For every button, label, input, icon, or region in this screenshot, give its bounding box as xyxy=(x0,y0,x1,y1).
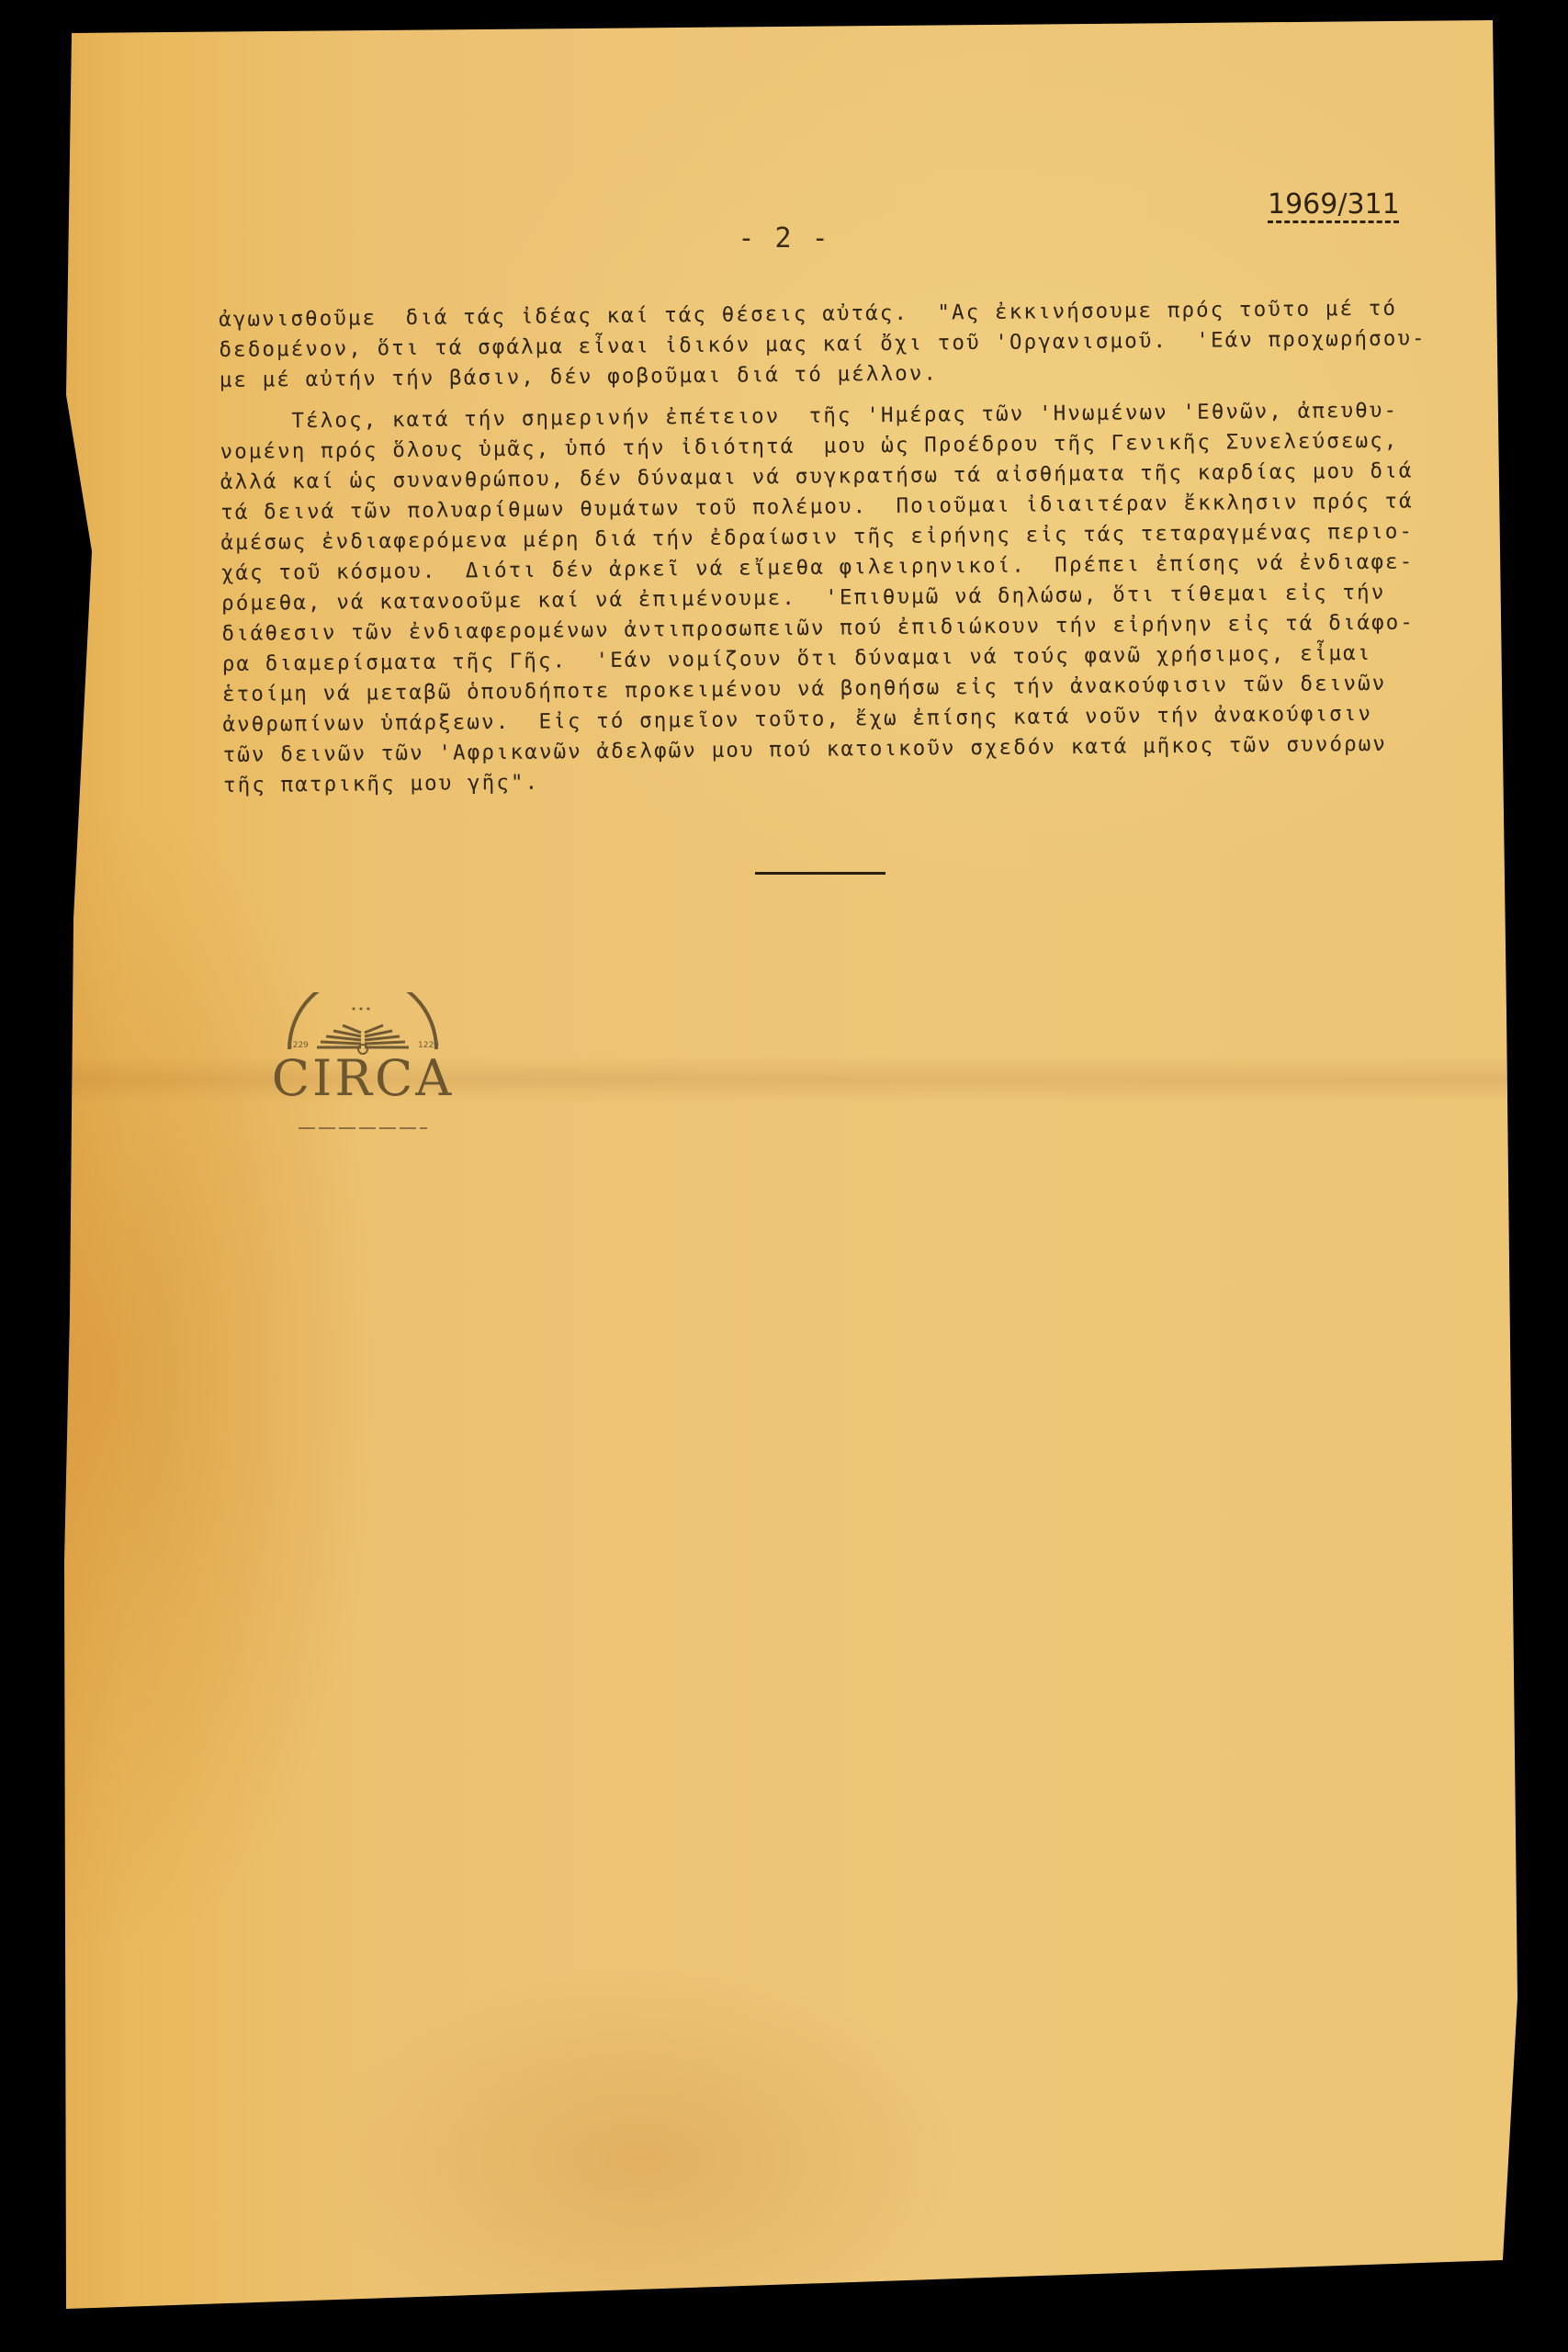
paragraph-2: Τέλος, κατά τήν σημερινήν ἐπέτειον τῆς '… xyxy=(220,395,1454,801)
watermark-brand: CIRCA xyxy=(262,1049,464,1107)
typed-body-text: ἀγωνισθοῦμε διά τάς ἰδέας καί τάς θέσεις… xyxy=(219,293,1454,801)
reference-number: 1969/311 xyxy=(1268,188,1400,220)
page-number: - 2 - xyxy=(0,222,1568,254)
paper-sheet: 1969/311 - 2 - ἀγωνισθοῦμε διά τάς ἰδέας… xyxy=(0,0,1568,2352)
paragraph-1: ἀγωνισθοῦμε διά τάς ἰδέας καί τάς θέσεις… xyxy=(219,293,1450,396)
closing-rule xyxy=(755,872,886,875)
circa-watermark-logo: 1229 1229 CIRCA xyxy=(262,992,464,1139)
